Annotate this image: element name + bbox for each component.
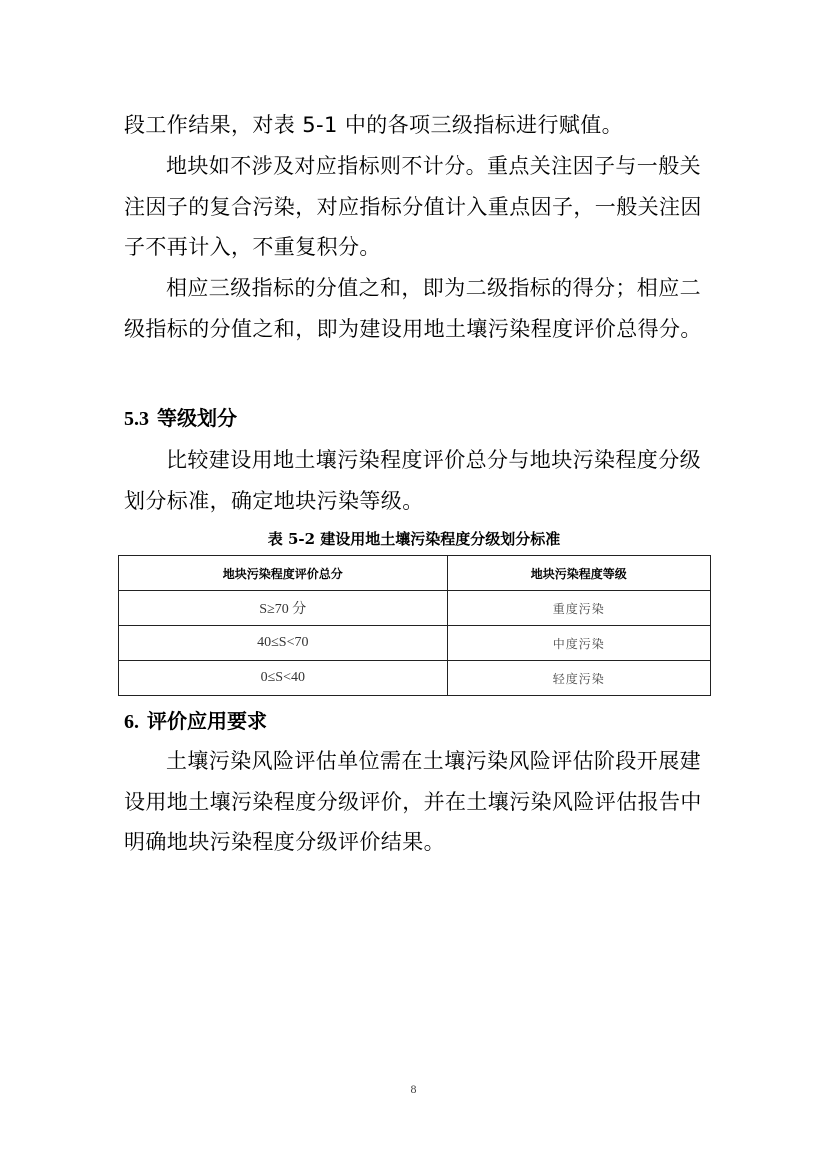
section-number: 6. [124,711,139,733]
section-title: 评价应用要求 [147,709,267,733]
table-caption: 表 5-2 建设用地土壤污染程度分级划分标准 [118,527,710,551]
page-number: 8 [0,1082,827,1097]
paragraph-application-requirements: 土壤污染风险评估单位需在土壤污染风险评估阶段开展建设用地土壤污染程度分级评价，并… [124,741,714,863]
section-number: 5.3 [124,408,149,430]
table-row: 40≤S<70 中度污染 [119,626,711,661]
table-row: 0≤S<40 轻度污染 [119,661,711,696]
header-pollution-level: 地块污染程度等级 [447,556,710,591]
grade-table: 地块污染程度评价总分 地块污染程度等级 S≥70 分 重度污染 40≤S<70 … [118,555,711,696]
pollution-level: 轻度污染 [447,661,710,696]
table-header-row: 地块污染程度评价总分 地块污染程度等级 [119,556,711,591]
paragraph-grade-division: 比较建设用地土壤污染程度评价总分与地块污染程度分级划分标准，确定地块污染等级。 [124,440,714,521]
paragraph-score-sum: 相应三级指标的分值之和，即为二级指标的得分；相应二级指标的分值之和，即为建设用地… [124,268,714,349]
section-heading-6: 6.评价应用要求 [124,706,267,737]
paragraph-assignment: 段工作结果，对表 5-1 中的各项三级指标进行赋值。 [124,105,714,146]
section-heading-5-3: 5.3等级划分 [124,403,237,434]
table-row: S≥70 分 重度污染 [119,591,711,626]
pollution-level: 重度污染 [447,591,710,626]
score-range: 40≤S<70 [119,626,448,661]
score-range: S≥70 分 [119,591,448,626]
section-title: 等级划分 [157,406,237,430]
score-range: 0≤S<40 [119,661,448,696]
paragraph-scoring-rules: 地块如不涉及对应指标则不计分。重点关注因子与一般关注因子的复合污染，对应指标分值… [124,146,714,268]
document-page: 段工作结果，对表 5-1 中的各项三级指标进行赋值。 地块如不涉及对应指标则不计… [0,0,827,1169]
pollution-level: 中度污染 [447,626,710,661]
header-total-score: 地块污染程度评价总分 [119,556,448,591]
